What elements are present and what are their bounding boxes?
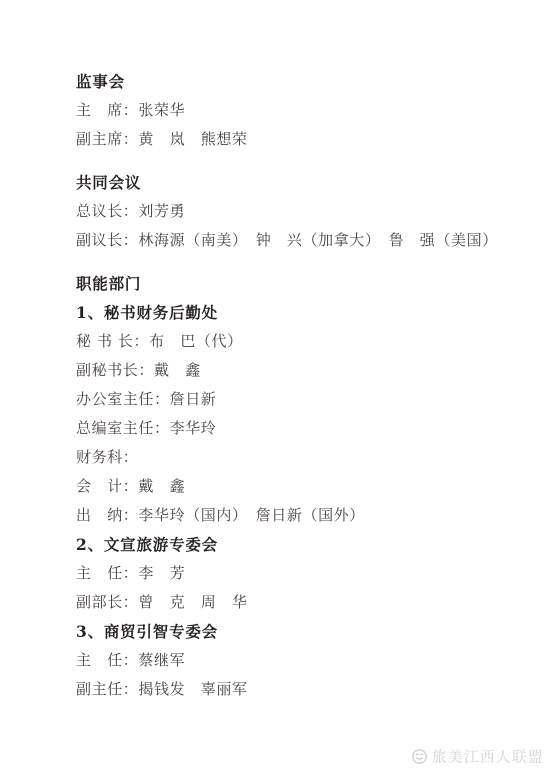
text-line: 副主席：黄 岚 熊想荣 <box>76 125 539 154</box>
text-line: 总编室主任：李华玲 <box>76 414 539 443</box>
document-page: 监事会 主 席：张荣华 副主席：黄 岚 熊想荣 共同会议 总议长：刘芳勇 副议长… <box>0 0 553 782</box>
text-line: 财务科： <box>76 443 539 472</box>
subheading-trade-talent-committee: 3、商贸引智专委会 <box>76 617 539 646</box>
text-line: 总议长：刘芳勇 <box>76 197 539 226</box>
text-line: 副秘书长：戴 鑫 <box>76 356 539 385</box>
text-line: 出 纳：李华玲（国内） 詹日新（国外） <box>76 501 539 530</box>
text-line: 主 任：蔡继军 <box>76 646 539 675</box>
text-line: 主 席：张荣华 <box>76 96 539 125</box>
heading-functional-departments: 职能部门 <box>76 269 539 298</box>
watermark: 旅美江西人联盟 <box>411 746 544 767</box>
text-line: 副部长：曾 克 周 华 <box>76 588 539 617</box>
heading-supervisory-board: 监事会 <box>76 67 539 96</box>
text-line: 副议长：林海源（南美） 钟 兴（加拿大） 鲁 强（美国） <box>76 226 539 255</box>
text-line: 主 任：李 芳 <box>76 559 539 588</box>
text-line: 办公室主任：詹日新 <box>76 385 539 414</box>
watermark-label: 旅美江西人联盟 <box>432 746 544 767</box>
subheading-secretariat-finance-logistics: 1、秘书财务后勤处 <box>76 298 539 327</box>
document-content: 监事会 主 席：张荣华 副主席：黄 岚 熊想荣 共同会议 总议长：刘芳勇 副议长… <box>76 67 539 704</box>
text-line: 副主任：揭钱发 辜丽军 <box>76 675 539 704</box>
text-line: 会 计：戴 鑫 <box>76 472 539 501</box>
text-line: 秘 书 长：布 巴（代） <box>76 327 539 356</box>
subheading-culture-tourism-committee: 2、文宣旅游专委会 <box>76 530 539 559</box>
heading-joint-council: 共同会议 <box>76 168 539 197</box>
wechat-smiley-icon <box>411 748 428 765</box>
